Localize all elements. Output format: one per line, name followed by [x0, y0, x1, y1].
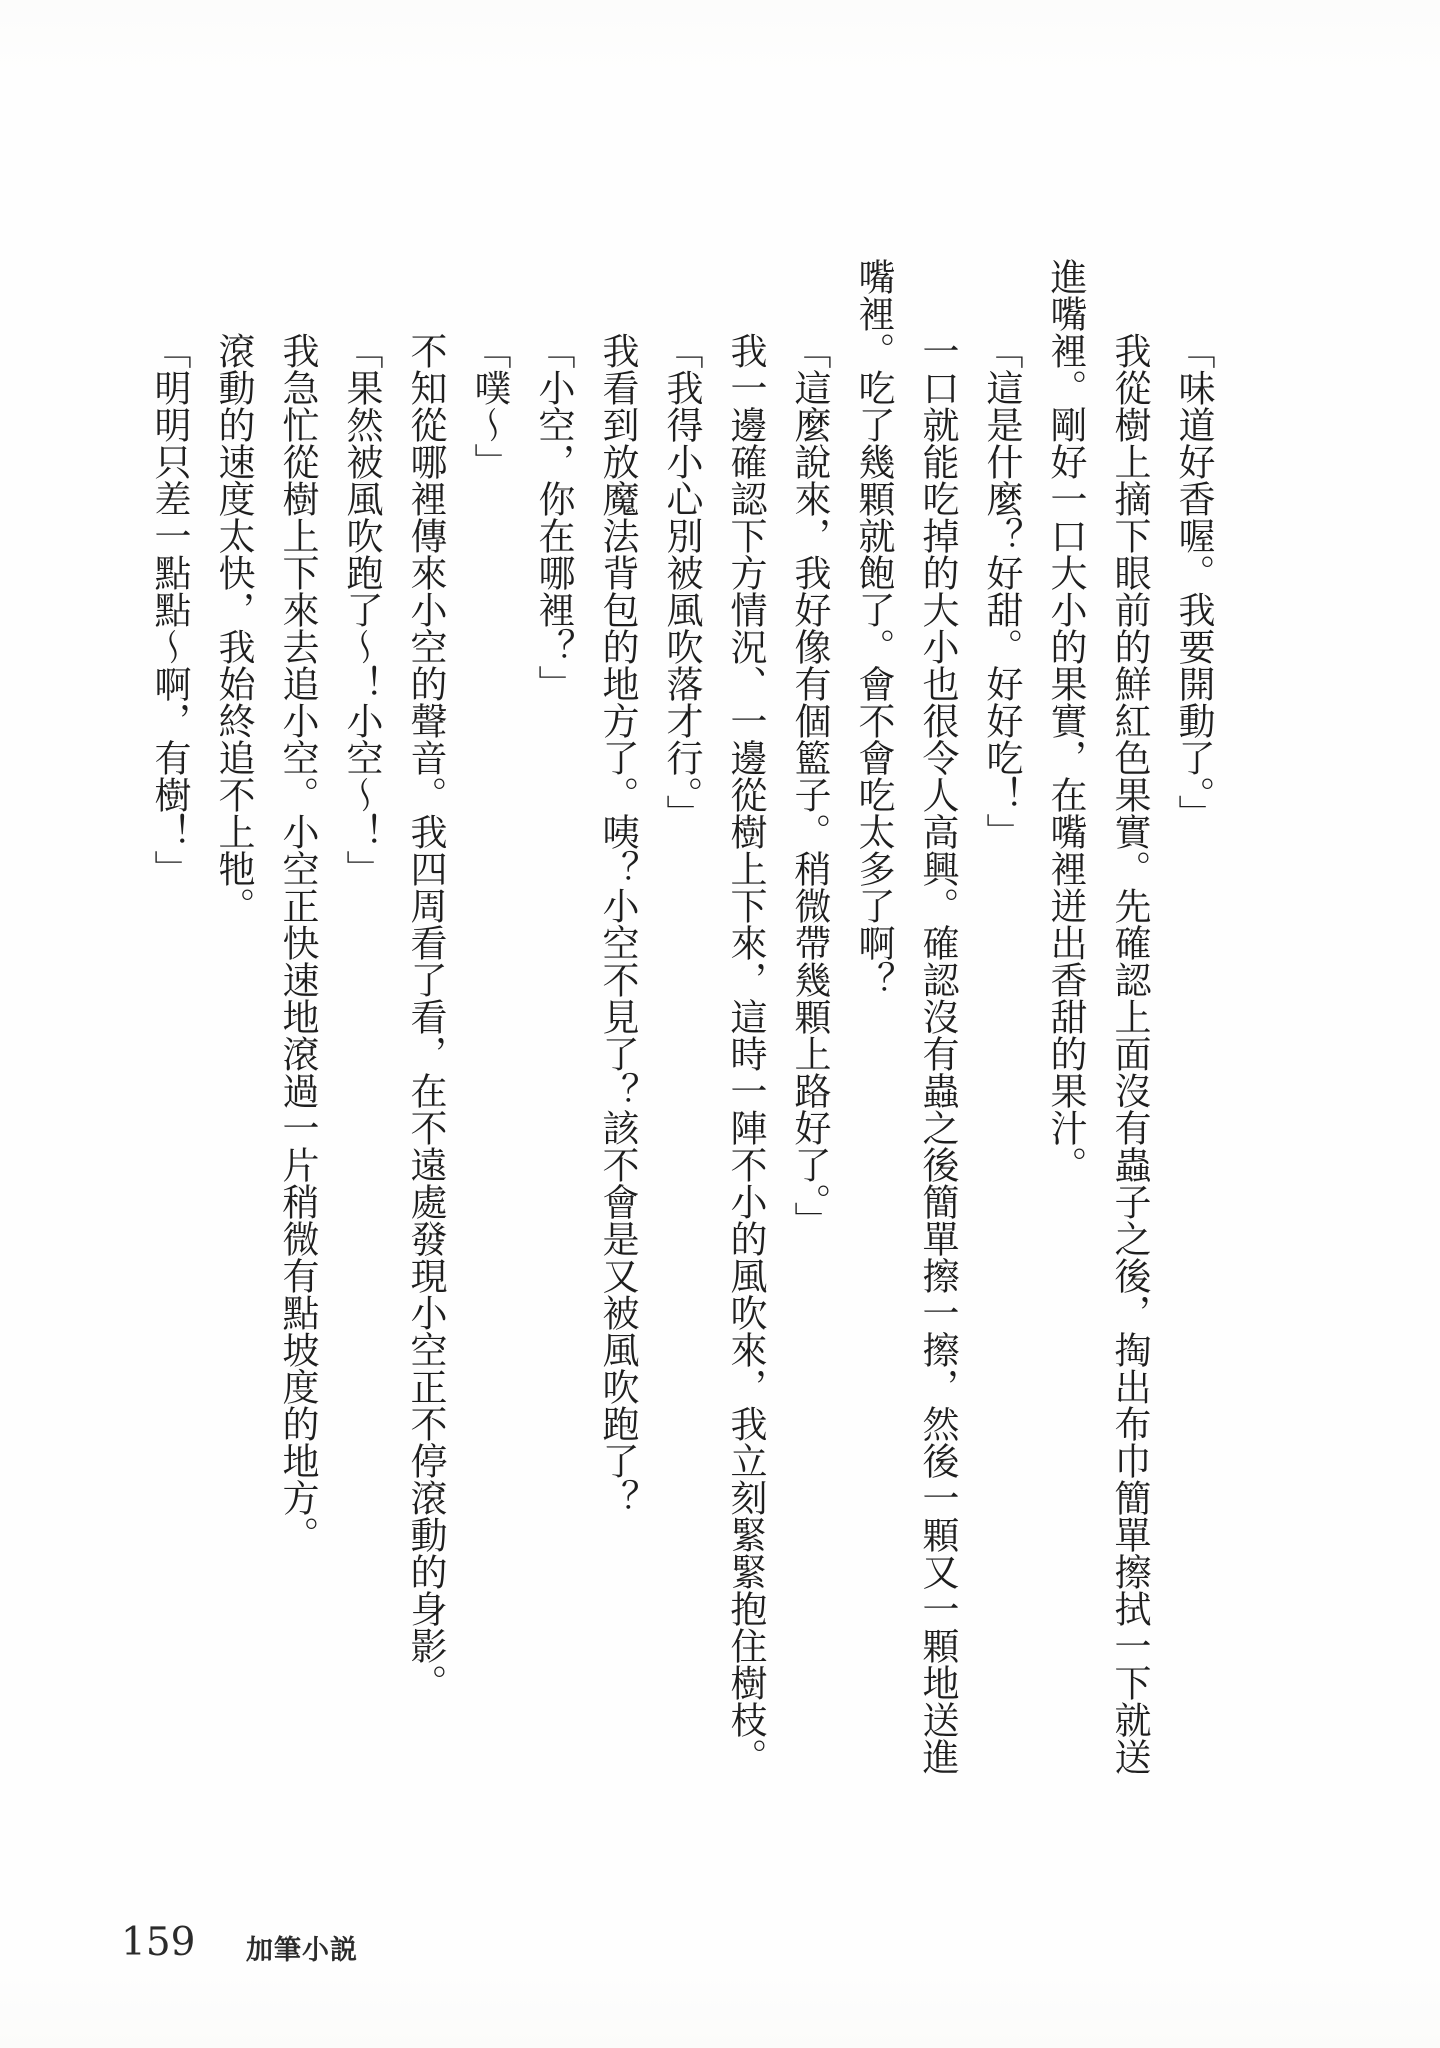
- paragraph-12: 「果然被風吹跑了～！小空～！」: [329, 258, 393, 1778]
- paragraph-2: 我從樹上摘下眼前的鮮紅色果實。先確認上面沒有蟲子之後，掏出布巾簡單擦拭一下就送進…: [1033, 258, 1161, 1778]
- paragraph-3: 「這是什麼？好甜。好好吃！」: [969, 258, 1033, 1778]
- paragraph-4: 一口就能吃掉的大小也很令人高興。確認沒有蟲之後簡單擦一擦，然後一顆又一顆地送進嘴…: [841, 258, 969, 1778]
- paragraph-7: 「我得小心別被風吹落才行。」: [649, 258, 713, 1778]
- running-title: 加筆小説: [246, 1928, 358, 1967]
- paragraph-15: 「明明只差一點點～啊，有樹！」: [137, 258, 201, 1778]
- paragraph-13: 我急忙從樹上下來去追小空。小空正快速地滾過一片稍微有點坡度的地方。: [265, 258, 329, 1778]
- paragraph-5: 「這麼說來，我好像有個籃子。稍微帶幾顆上路好了。」: [777, 258, 841, 1778]
- paragraph-8: 我看到放魔法背包的地方了。咦？小空不見了？該不會是又被風吹跑了？: [585, 258, 649, 1778]
- paragraph-6: 我一邊確認下方情況、一邊從樹上下來，這時一陣不小的風吹來，我立刻緊緊抱住樹枝。: [713, 258, 777, 1778]
- page-footer: 159 加筆小説: [0, 1912, 500, 1982]
- paragraph-10: 「噗～」: [457, 258, 521, 1778]
- paragraph-9: 「小空，你在哪裡？」: [521, 258, 585, 1778]
- paragraph-1: 「味道好香喔。我要開動了。」: [1161, 258, 1225, 1778]
- page-number: 159: [121, 1920, 195, 1965]
- vertical-text-block: 「味道好香喔。我要開動了。」 我從樹上摘下眼前的鮮紅色果實。先確認上面沒有蟲子之…: [137, 258, 1225, 1778]
- book-page: 「味道好香喔。我要開動了。」 我從樹上摘下眼前的鮮紅色果實。先確認上面沒有蟲子之…: [0, 0, 1440, 2048]
- paragraph-14: 滾動的速度太快，我始終追不上牠。: [201, 258, 265, 1778]
- paragraph-11: 不知從哪裡傳來小空的聲音。我四周看了看，在不遠處發現小空正不停滾動的身影。: [393, 258, 457, 1778]
